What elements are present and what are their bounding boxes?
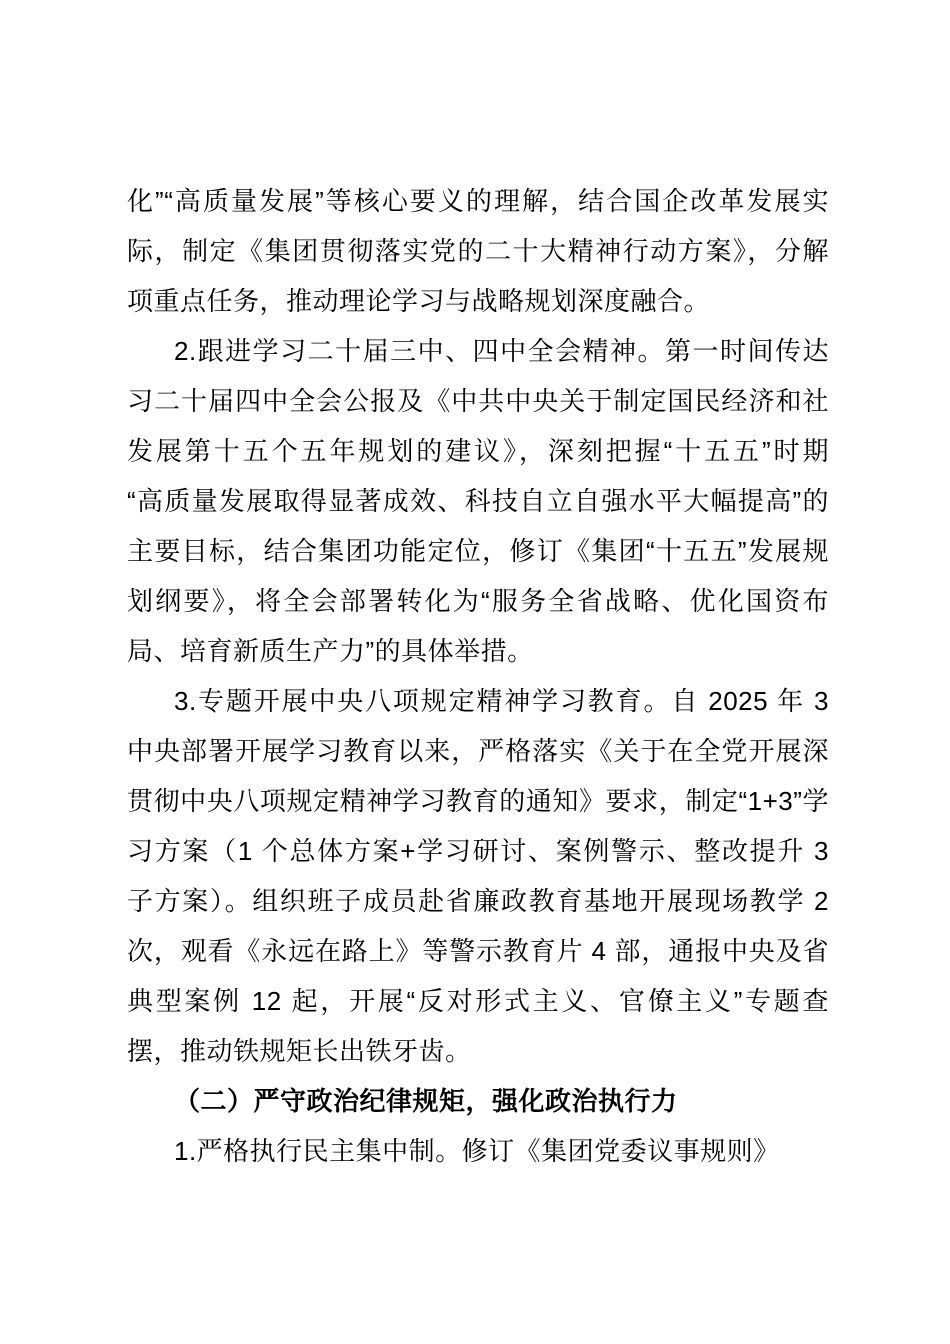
text-line: “高质量发展取得显著成效、科技自立自强水平大幅提高”的	[127, 476, 829, 526]
heading-line: （二）严守政治纪律规矩，强化政治执行力	[127, 1076, 829, 1126]
text-line: 2.跟进学习二十届三中、四中全会精神。第一时间传达学	[127, 326, 829, 376]
text-line: 子方案）。组织班子成员赴省廉政教育基地开展现场教学 2	[127, 876, 829, 926]
text-line: 主要目标，结合集团功能定位，修订《集团“十五五”发展规	[127, 526, 829, 576]
text-line: 习方案（1 个总体方案+学习研讨、案例警示、整改提升 3 个	[127, 826, 829, 876]
section-heading-2: （二）严守政治纪律规矩，强化政治执行力	[127, 1076, 829, 1126]
text-line: 3.专题开展中央八项规定精神学习教育。自 2025 年 3 月	[127, 676, 829, 726]
paragraph-section2-item-1: 1.严格执行民主集中制。修订《集团党委议事规则》	[127, 1126, 829, 1176]
text-line: 习二十届四中全会公报及《中共中央关于制定国民经济和社会	[127, 376, 829, 426]
text-line: 贯彻中央八项规定精神学习教育的通知》要求，制定“1+3”学	[127, 776, 829, 826]
paragraph-item-3: 3.专题开展中央八项规定精神学习教育。自 2025 年 3 月中央部署开展学习教…	[127, 676, 829, 1076]
text-line: 发展第十五个五年规划的建议》，深刻把握“十五五”时期	[127, 426, 829, 476]
text-line: 化”“高质量发展”等核心要义的理解，结合国企改革发展实	[127, 176, 829, 226]
text-line: 际，制定《集团贯彻落实党的二十大精神行动方案》，分解 32	[127, 226, 829, 276]
text-body: 化”“高质量发展”等核心要义的理解，结合国企改革发展实际，制定《集团贯彻落实党的…	[127, 176, 829, 1176]
paragraph-item-2: 2.跟进学习二十届三中、四中全会精神。第一时间传达学习二十届四中全会公报及《中共…	[127, 326, 829, 676]
text-line: 1.严格执行民主集中制。修订《集团党委议事规则》	[127, 1126, 829, 1176]
text-line: 摆，推动铁规矩长出铁牙齿。	[127, 1026, 829, 1076]
text-line: 项重点任务，推动理论学习与战略规划深度融合。	[127, 276, 829, 326]
text-line: 次，观看《永远在路上》等警示教育片 4 部，通报中央及省内	[127, 926, 829, 976]
text-line: 划纲要》，将全会部署转化为“服务全省战略、优化国资布	[127, 576, 829, 626]
text-line: 典型案例 12 起，开展“反对形式主义、官僚主义”专题查	[127, 976, 829, 1026]
text-line: 局、培育新质生产力”的具体举措。	[127, 626, 829, 676]
document-page: 化”“高质量发展”等核心要义的理解，结合国企改革发展实际，制定《集团贯彻落实党的…	[0, 0, 950, 1344]
paragraph-1-continuation: 化”“高质量发展”等核心要义的理解，结合国企改革发展实际，制定《集团贯彻落实党的…	[127, 176, 829, 326]
text-line: 中央部署开展学习教育以来，严格落实《关于在全党开展深入	[127, 726, 829, 776]
